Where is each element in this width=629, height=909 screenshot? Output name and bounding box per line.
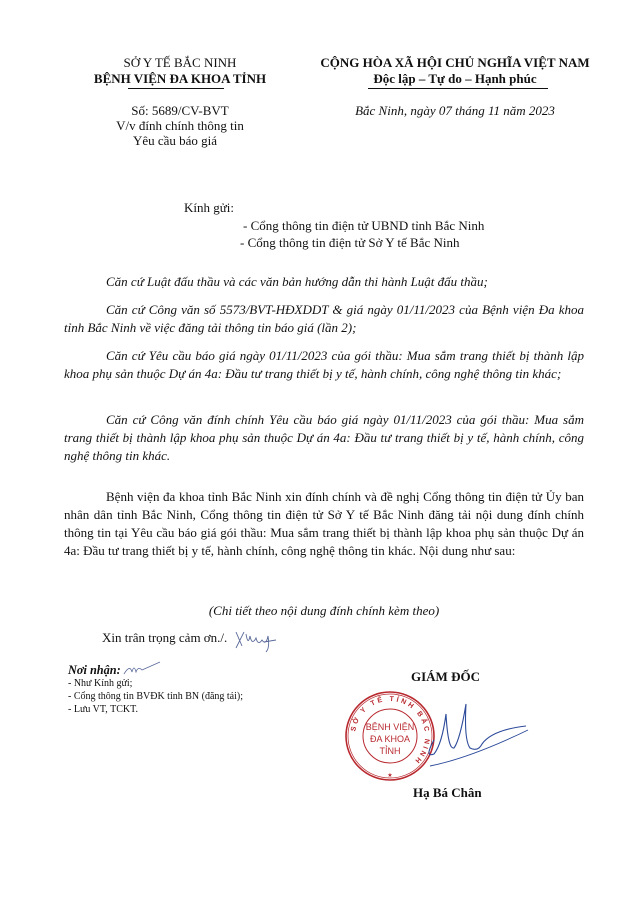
svg-text:TỈNH: TỈNH — [380, 745, 401, 756]
svg-text:★: ★ — [387, 772, 392, 779]
basis-paragraph: Căn cứ Luật đấu thầu và các văn bản hướn… — [64, 273, 584, 291]
subject-line-2: Yêu cầu báo giá — [55, 133, 295, 149]
distribution-item: - Cổng thông tin BVĐK tỉnh BN (đăng tải)… — [68, 691, 243, 702]
agency-name: SỞ Y TẾ BẮC NINH — [60, 55, 300, 71]
svg-text:BỆNH VIỆN: BỆNH VIỆN — [366, 722, 415, 732]
body-paragraph: Bệnh viện đa khoa tỉnh Bắc Ninh xin đính… — [64, 488, 584, 560]
place-date: Bắc Ninh, ngày 07 tháng 11 năm 2023 — [300, 103, 610, 119]
closing: Xin trân trọng cảm ơn./. — [102, 630, 227, 646]
basis-paragraph: Căn cứ Yêu cầu báo giá ngày 01/11/2023 c… — [64, 347, 584, 383]
basis-paragraph: Căn cứ Công văn số 5573/BVT-HĐXDDT & giá… — [64, 301, 584, 337]
distribution-item: - Lưu VT, TCKT. — [68, 704, 138, 715]
initial-signature-icon — [232, 624, 282, 654]
recipients-label: Kính gửi: — [184, 200, 234, 216]
subject-line-1: V/v đính chính thông tin — [60, 118, 300, 134]
document-number: Số: 5689/CV-BVT — [60, 103, 300, 119]
hospital-name: BỆNH VIỆN ĐA KHOA TỈNH — [60, 71, 300, 87]
detail-note: (Chi tiết theo nội dung đính chính kèm t… — [64, 603, 584, 619]
signer-title: GIÁM ĐỐC — [411, 669, 480, 685]
nation-title: CỘNG HÒA XÃ HỘI CHỦ NGHĨA VIỆT NAM — [300, 55, 610, 71]
director-signature-icon — [420, 700, 530, 780]
svg-text:ĐA KHOA: ĐA KHOA — [370, 734, 410, 744]
basis-paragraph: Căn cứ Công văn đính chính Yêu cầu báo g… — [64, 411, 584, 465]
signer-name: Hạ Bá Chân — [413, 785, 482, 801]
header-left-underline — [128, 88, 224, 89]
recipient-item: - Cổng thông tin điện tử Sở Y tế Bắc Nin… — [240, 235, 460, 251]
distribution-item: - Như Kính gửi; — [68, 678, 132, 689]
initial-mark-icon — [122, 660, 162, 678]
motto-underline — [368, 88, 548, 89]
motto: Độc lập – Tự do – Hạnh phúc — [300, 71, 610, 87]
recipient-item: - Cổng thông tin điện tử UBND tỉnh Bắc N… — [243, 218, 484, 234]
distribution-label: Nơi nhận: — [68, 663, 121, 678]
